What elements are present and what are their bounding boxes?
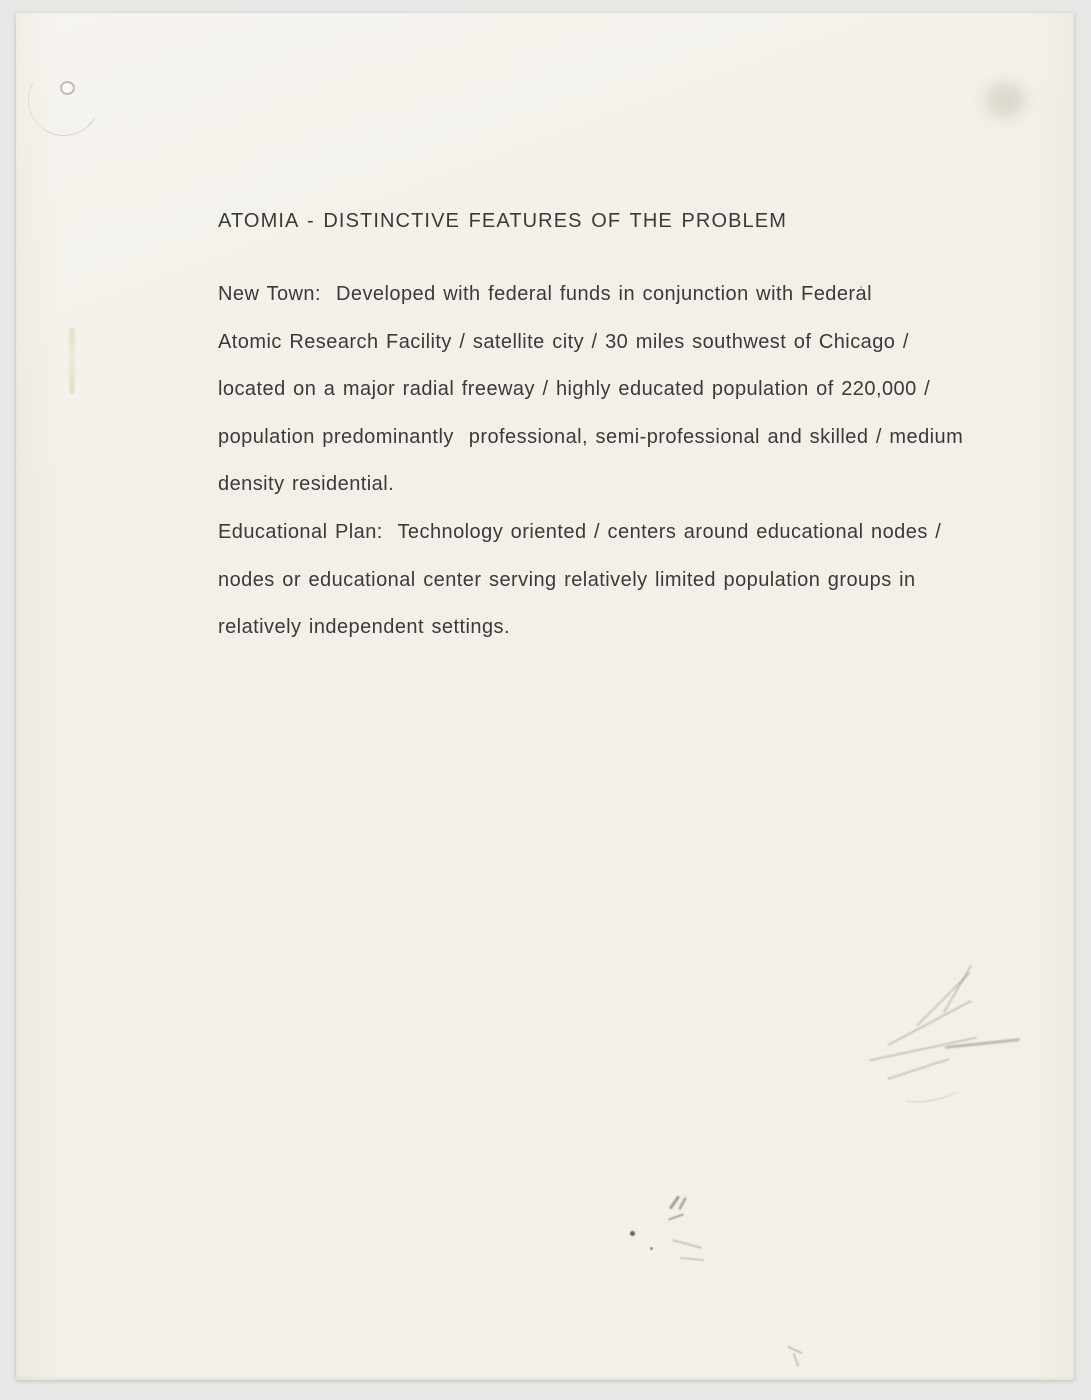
document-line: nodes or educational center serving rela… bbox=[218, 557, 978, 605]
emboss-circle-mark bbox=[20, 56, 108, 144]
page-title: ATOMIA - DISTINCTIVE FEATURES OF THE PRO… bbox=[218, 210, 787, 233]
scan-background: { "colors": { "background": "#e7e7e6", "… bbox=[0, 0, 1091, 1400]
document-line: Atomic Research Facility / satellite cit… bbox=[218, 319, 978, 367]
document-line: density residential. bbox=[218, 461, 978, 509]
smudge-mark bbox=[680, 1257, 704, 1261]
smudge-streak bbox=[869, 1037, 977, 1062]
smudge-mark bbox=[678, 1197, 687, 1210]
smudge-mark bbox=[787, 1346, 802, 1354]
smudge-streak-arc bbox=[899, 1080, 961, 1106]
document-line: located on a major radial freeway / high… bbox=[218, 366, 978, 414]
smudge-top-right bbox=[984, 82, 1026, 118]
tape-residue-mark bbox=[69, 328, 75, 394]
smudge-mark bbox=[668, 1213, 684, 1220]
ink-dot bbox=[650, 1247, 653, 1250]
emboss-ring-mark bbox=[60, 81, 75, 95]
document-line: population predominantly professional, s… bbox=[218, 414, 978, 462]
smudge-mark bbox=[793, 1353, 800, 1367]
document-body: New Town: Developed with federal funds i… bbox=[218, 271, 978, 652]
document-line: Educational Plan: Technology oriented / … bbox=[218, 509, 978, 557]
document-line: New Town: Developed with federal funds i… bbox=[218, 271, 978, 319]
smudge-mark bbox=[672, 1239, 701, 1248]
paper-sheet: ATOMIA - DISTINCTIVE FEATURES OF THE PRO… bbox=[16, 13, 1074, 1380]
ink-dot bbox=[630, 1231, 635, 1236]
document-line: relatively independent settings. bbox=[218, 604, 978, 652]
smudge-streak bbox=[887, 1058, 949, 1080]
